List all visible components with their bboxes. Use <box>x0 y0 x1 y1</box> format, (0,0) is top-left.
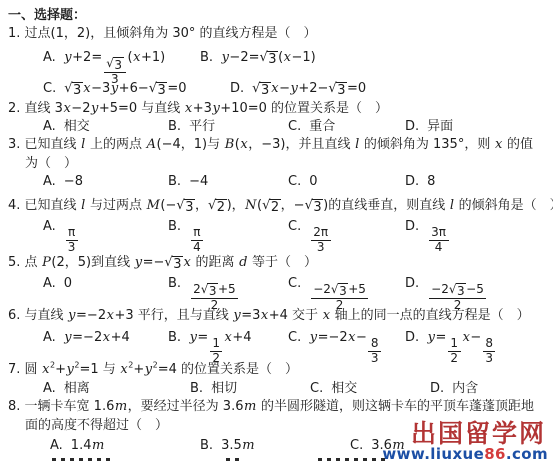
math-sqrt: √3 <box>164 256 183 273</box>
math-variable: l <box>355 137 360 152</box>
question-2-option-B: B.平行 <box>168 119 215 135</box>
option-label: A. <box>43 119 56 134</box>
question-2-option-D: D.异面 <box>405 119 453 135</box>
math-variable: x <box>348 330 356 345</box>
option-label: A. <box>43 174 56 189</box>
option-label: B. <box>168 330 181 345</box>
math-sqrt: √3 <box>64 82 83 99</box>
option-label: D. <box>405 219 419 234</box>
math-variable: x <box>462 330 470 345</box>
test-document-page: 一、选择题： 1. 过点(1，2)，且倾斜角为 30° 的直线方程是（ ）A.y… <box>0 0 553 462</box>
option-label: C. <box>43 81 56 96</box>
option-label: B. <box>190 381 203 396</box>
question-5-stem-line-1: 5. 点 P(2，5)到直线 y=−√3x 的距离 d 等于（ ） <box>8 255 317 273</box>
math-variable: y <box>290 81 298 96</box>
math-variable: m <box>114 399 127 414</box>
question-2-option-A: A.相交 <box>43 119 90 135</box>
option-label: B. <box>200 438 213 453</box>
math-fraction: 83 <box>368 337 381 366</box>
math-variable: y <box>221 50 229 65</box>
math-variable: x <box>83 81 91 96</box>
option-label: D. <box>405 330 419 345</box>
math-fraction: 83 <box>483 337 496 366</box>
question-3-option-A: A.−8 <box>43 174 83 190</box>
option-label: A. <box>43 330 56 345</box>
math-variable: y <box>233 308 241 323</box>
math-variable: y <box>68 308 76 323</box>
math-variable: y <box>144 362 152 377</box>
question-3-stem-line-1: 3. 已知直线 l 上的两点 A(−4，1)与 B(x，−3)，并且直线 l 的… <box>8 137 533 153</box>
watermark-url-segment: www.liuxue <box>382 445 484 462</box>
math-superscript: 2 <box>74 361 79 370</box>
option-label: C. <box>310 381 323 396</box>
question-4-option-B: B.π4 <box>168 219 205 254</box>
question-4-option-D: D.3π4 <box>405 219 450 254</box>
watermark-site-url: www.liuxue86.com <box>382 447 548 462</box>
option-label: C. <box>288 276 301 291</box>
option-label: D. <box>405 174 419 189</box>
option-label: D. <box>430 381 444 396</box>
math-sqrt: √3 <box>106 57 123 72</box>
question-4-stem-line-1: 4. 已知直线 l 与过两点 M(−√3，√2)，N(√2，−√3)的直线垂直，… <box>8 198 553 216</box>
math-variable: x <box>224 330 232 345</box>
math-variable: l <box>81 198 86 213</box>
question-5-option-A: A.0 <box>43 276 72 292</box>
math-variable: y <box>134 255 142 270</box>
option-label: B. <box>168 276 181 291</box>
math-sqrt: √3 <box>305 199 324 216</box>
math-sqrt: √2 <box>208 199 227 216</box>
math-variable: x <box>494 137 502 152</box>
section-title: 一、选择题： <box>8 8 86 24</box>
option-label: D. <box>405 119 419 134</box>
question-7-option-A: A.相离 <box>43 381 90 397</box>
math-sqrt: √3 <box>328 82 347 99</box>
question-2-option-C: C.重合 <box>288 119 335 135</box>
math-variable: x <box>102 330 110 345</box>
option-label: C. <box>288 174 301 189</box>
question-6-option-C: C.y=−2x−83 <box>288 330 383 365</box>
question-6-option-B: B.y=12x+4 <box>168 330 251 365</box>
option-label: D. <box>405 276 419 291</box>
question-8-option-B: B.3.5m <box>200 438 255 454</box>
question-6-stem-line-1: 6. 与直线 y=−2x+3 平行，且与直线 y=3x+4 交于 x 轴上的同一… <box>8 308 530 324</box>
math-variable: M <box>146 198 160 213</box>
math-variable: y <box>64 50 72 65</box>
question-3-option-D: D.8 <box>405 174 435 190</box>
math-variable: y <box>212 101 220 116</box>
question-3-option-C: C.0 <box>288 174 318 190</box>
watermark-url-segment: .com <box>506 445 548 462</box>
option-label: D. <box>230 81 244 96</box>
question-7-option-D: D.内含 <box>430 381 478 397</box>
option-label: C. <box>288 219 301 234</box>
question-1-option-C: C.√3x−3y+6−√3=0 <box>43 81 186 99</box>
math-variable: x <box>120 362 128 377</box>
math-superscript: 2 <box>50 361 55 370</box>
math-variable: N <box>245 198 257 213</box>
option-label: C. <box>288 330 301 345</box>
question-1-stem-line-1: 1. 过点(1，2)，且倾斜角为 30° 的直线方程是（ ） <box>8 26 317 42</box>
math-variable: B <box>224 137 235 152</box>
math-variable: m <box>242 438 255 453</box>
option-label: A. <box>43 219 56 234</box>
question-1-option-D: D.√3x−y+2−√3=0 <box>230 81 366 99</box>
option-label: B. <box>168 174 181 189</box>
math-variable: x <box>106 308 114 323</box>
math-variable: A <box>146 137 156 152</box>
clipped-text-fragment <box>318 458 388 461</box>
option-label: A. <box>43 276 56 291</box>
question-2-stem-line-1: 2. 直线 3x−2y+5=0 与直线 x+3y+10=0 的位置关系是（ ） <box>8 101 388 117</box>
question-6-option-D: D.y=12x−83 <box>405 330 497 365</box>
option-label: B. <box>200 50 213 65</box>
math-sqrt: √3 <box>252 82 271 99</box>
math-variable: P <box>42 255 52 270</box>
option-label: A. <box>43 381 56 396</box>
math-variable: y <box>427 330 435 345</box>
math-fraction: π3 <box>65 226 78 255</box>
clipped-text-fragment <box>52 458 114 461</box>
math-fraction: 12 <box>448 337 461 366</box>
question-8-stem-line-1: 8. 一辆卡车宽 1.6m，要经过半径为 3.6m 的半圆形隧道，则这辆卡车的平… <box>8 399 534 415</box>
option-label: B. <box>168 119 181 134</box>
question-4-option-C: C.2π3 <box>288 219 332 254</box>
clipped-text-fragment <box>226 458 240 461</box>
question-7-option-C: C.相交 <box>310 381 357 397</box>
math-variable: y <box>309 330 317 345</box>
math-sqrt: √3 <box>149 82 168 99</box>
question-1-option-B: B.y−2=√3(x−1) <box>200 50 316 68</box>
question-8-stem-line-2: 面的高度不得超过（ ） <box>25 418 168 434</box>
math-sqrt: √3 <box>176 199 195 216</box>
question-7-option-B: B.相切 <box>190 381 237 397</box>
math-variable: x <box>183 255 191 270</box>
math-variable: l <box>81 137 86 152</box>
math-variable: m <box>91 438 104 453</box>
question-8-option-A: A.1.4m <box>50 438 105 454</box>
math-fraction: π4 <box>191 226 204 255</box>
math-variable: x <box>42 362 50 377</box>
math-superscript: 2 <box>153 361 158 370</box>
math-fraction: 3π4 <box>429 226 449 255</box>
option-label: A. <box>50 438 63 453</box>
math-variable: d <box>239 255 248 270</box>
math-sqrt: √2 <box>262 199 281 216</box>
math-variable: m <box>243 399 256 414</box>
question-4-option-A: A.π3 <box>43 219 79 254</box>
math-variable: x <box>322 308 330 323</box>
math-sqrt: √3 <box>201 283 218 298</box>
question-3-option-B: B.−4 <box>168 174 208 190</box>
math-sqrt: √3 <box>449 283 466 298</box>
option-label: B. <box>168 219 181 234</box>
math-variable: x <box>271 81 279 96</box>
option-label: C. <box>350 438 363 453</box>
math-variable: x <box>240 137 248 152</box>
option-label: C. <box>288 119 301 134</box>
question-6-option-A: A.y=−2x+4 <box>43 330 130 346</box>
math-variable: x <box>184 101 192 116</box>
math-sqrt: √3 <box>331 283 348 298</box>
option-label: A. <box>43 50 56 65</box>
question-7-stem-line-1: 7. 圆 x2+y2=1 与 x2+y2=4 的位置关系是（ ） <box>8 362 298 378</box>
math-variable: y <box>189 330 197 345</box>
watermark-site-name: 出国留学网 <box>411 421 546 446</box>
math-sqrt: √3 <box>259 51 278 68</box>
math-variable: x <box>283 50 291 65</box>
math-variable: y <box>64 330 72 345</box>
question-3-stem-line-2: 为（ ） <box>25 156 77 172</box>
math-variable: x <box>63 101 71 116</box>
math-superscript: 2 <box>128 361 133 370</box>
watermark-url-segment: 86 <box>484 445 506 462</box>
math-variable: x <box>260 308 268 323</box>
math-fraction: 2π3 <box>311 226 331 255</box>
math-variable: x <box>133 50 141 65</box>
math-variable: y <box>110 81 118 96</box>
math-variable: l <box>449 198 454 213</box>
math-variable: y <box>90 101 98 116</box>
